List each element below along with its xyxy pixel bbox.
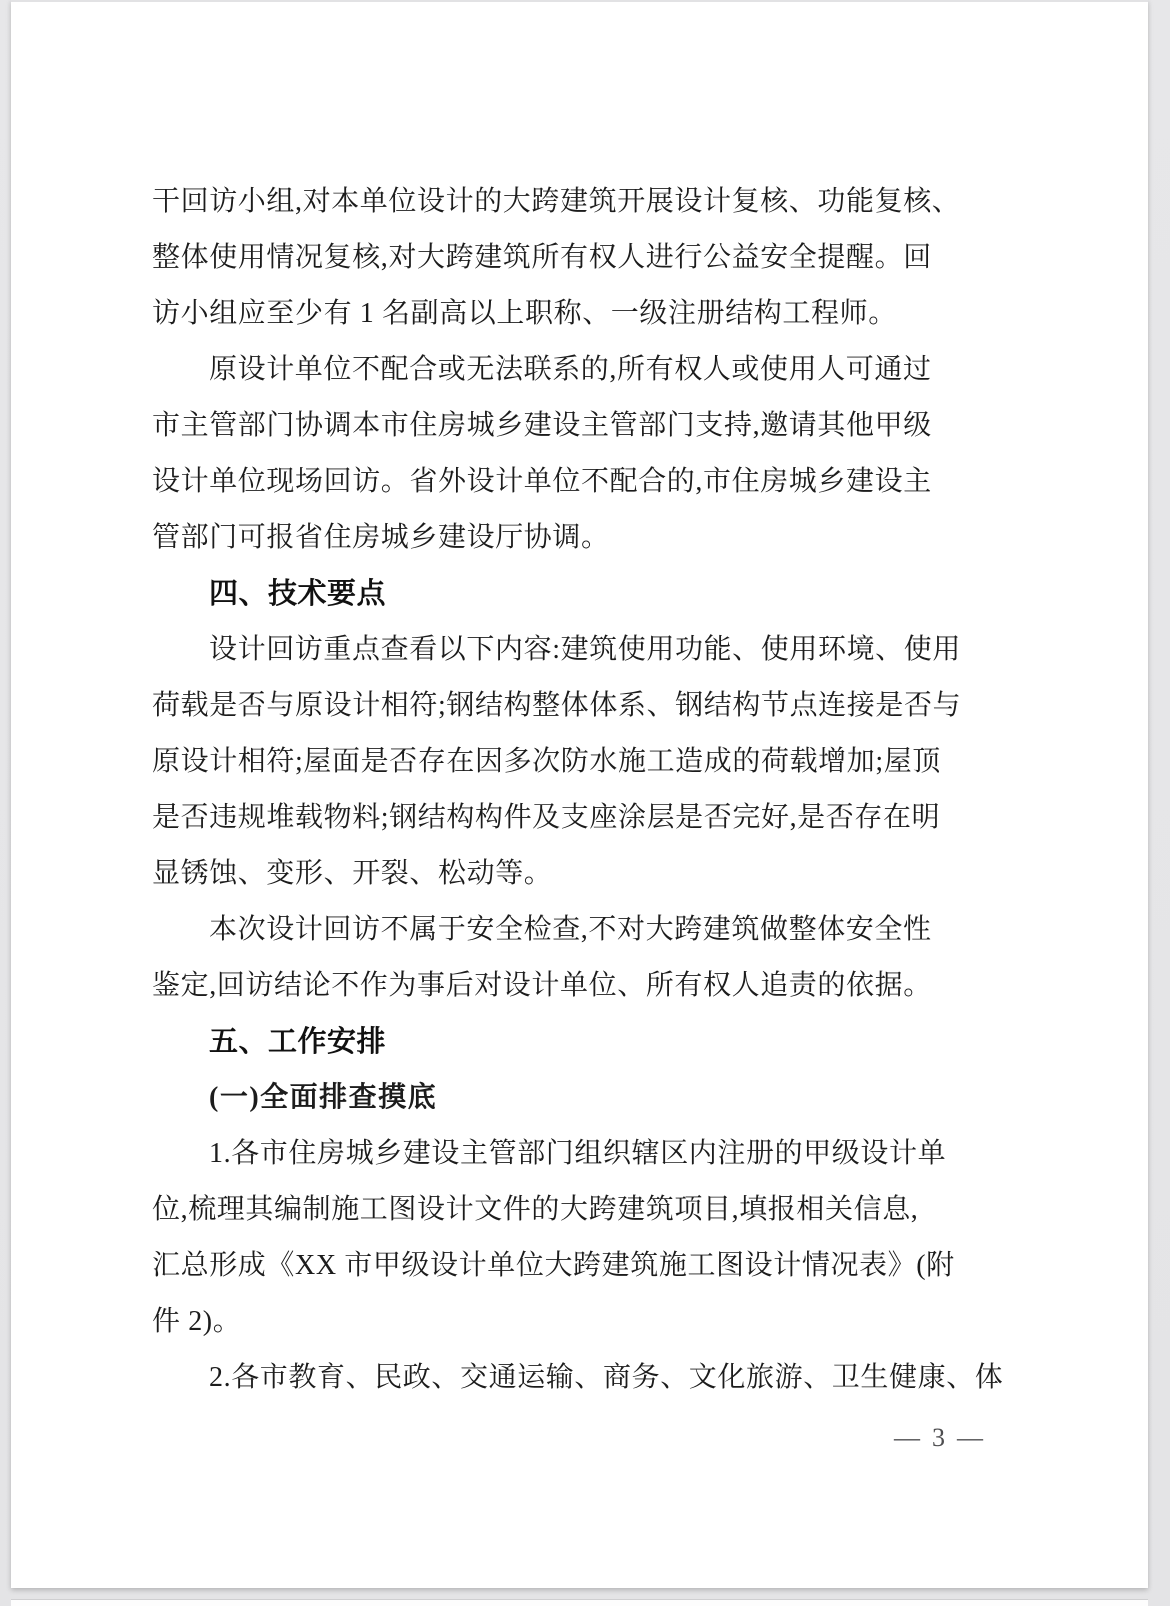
document-viewer: 干回访小组,对本单位设计的大跨建筑开展设计复核、功能复核、 整体使用情况复核,对… [0,0,1170,1606]
text-line: 原设计相符;屋面是否存在因多次防水施工造成的荷载增加;屋顶 [152,734,1002,790]
text-line: 管部门可报省住房城乡建设厅协调。 [152,510,1002,566]
text-line: 显锈蚀、变形、开裂、松动等。 [152,846,1002,902]
text-line: 鉴定,回访结论不作为事后对设计单位、所有权人追责的依据。 [152,958,1002,1014]
text-line: 访小组应至少有 1 名副高以上职称、一级注册结构工程师。 [152,286,1002,342]
section-heading-work-arrangement: 五、工作安排 [152,1014,1002,1070]
page-number: 3 [932,1423,945,1452]
text-line: 设计回访重点查看以下内容:建筑使用功能、使用环境、使用 [152,622,1002,678]
text-line: 本次设计回访不属于安全检查,不对大跨建筑做整体安全性 [152,902,1002,958]
text-line: 市主管部门协调本市住房城乡建设主管部门支持,邀请其他甲级 [152,398,1002,454]
text-line: 干回访小组,对本单位设计的大跨建筑开展设计复核、功能复核、 [152,174,1002,230]
text-line: 1.各市住房城乡建设主管部门组织辖区内注册的甲级设计单 [152,1126,1002,1182]
text-line: 件 2)。 [152,1294,1002,1350]
page-footer: —3— [894,1416,983,1460]
subsection-heading-full-survey: (一)全面排查摸底 [152,1070,1002,1126]
footer-dash-right: — [957,1423,983,1452]
section-heading-technical-points: 四、技术要点 [152,566,1002,622]
text-line: 荷载是否与原设计相符;钢结构整体体系、钢结构节点连接是否与 [152,678,1002,734]
next-page-edge [11,1599,1148,1606]
footer-dash-left: — [894,1423,920,1452]
text-line: 设计单位现场回访。省外设计单位不配合的,市住房城乡建设主 [152,454,1002,510]
text-line: 是否违规堆载物料;钢结构构件及支座涂层是否完好,是否存在明 [152,790,1002,846]
document-page: 干回访小组,对本单位设计的大跨建筑开展设计复核、功能复核、 整体使用情况复核,对… [11,0,1148,1588]
text-line: 汇总形成《XX 市甲级设计单位大跨建筑施工图设计情况表》(附 [152,1238,1002,1294]
text-line: 位,梳理其编制施工图设计文件的大跨建筑项目,填报相关信息, [152,1182,1002,1238]
text-line: 2.各市教育、民政、交通运输、商务、文化旅游、卫生健康、体 [152,1350,1002,1406]
text-line: 整体使用情况复核,对大跨建筑所有权人进行公益安全提醒。回 [152,230,1002,286]
text-line: 原设计单位不配合或无法联系的,所有权人或使用人可通过 [152,342,1002,398]
page-content: 干回访小组,对本单位设计的大跨建筑开展设计复核、功能复核、 整体使用情况复核,对… [152,174,1002,1406]
